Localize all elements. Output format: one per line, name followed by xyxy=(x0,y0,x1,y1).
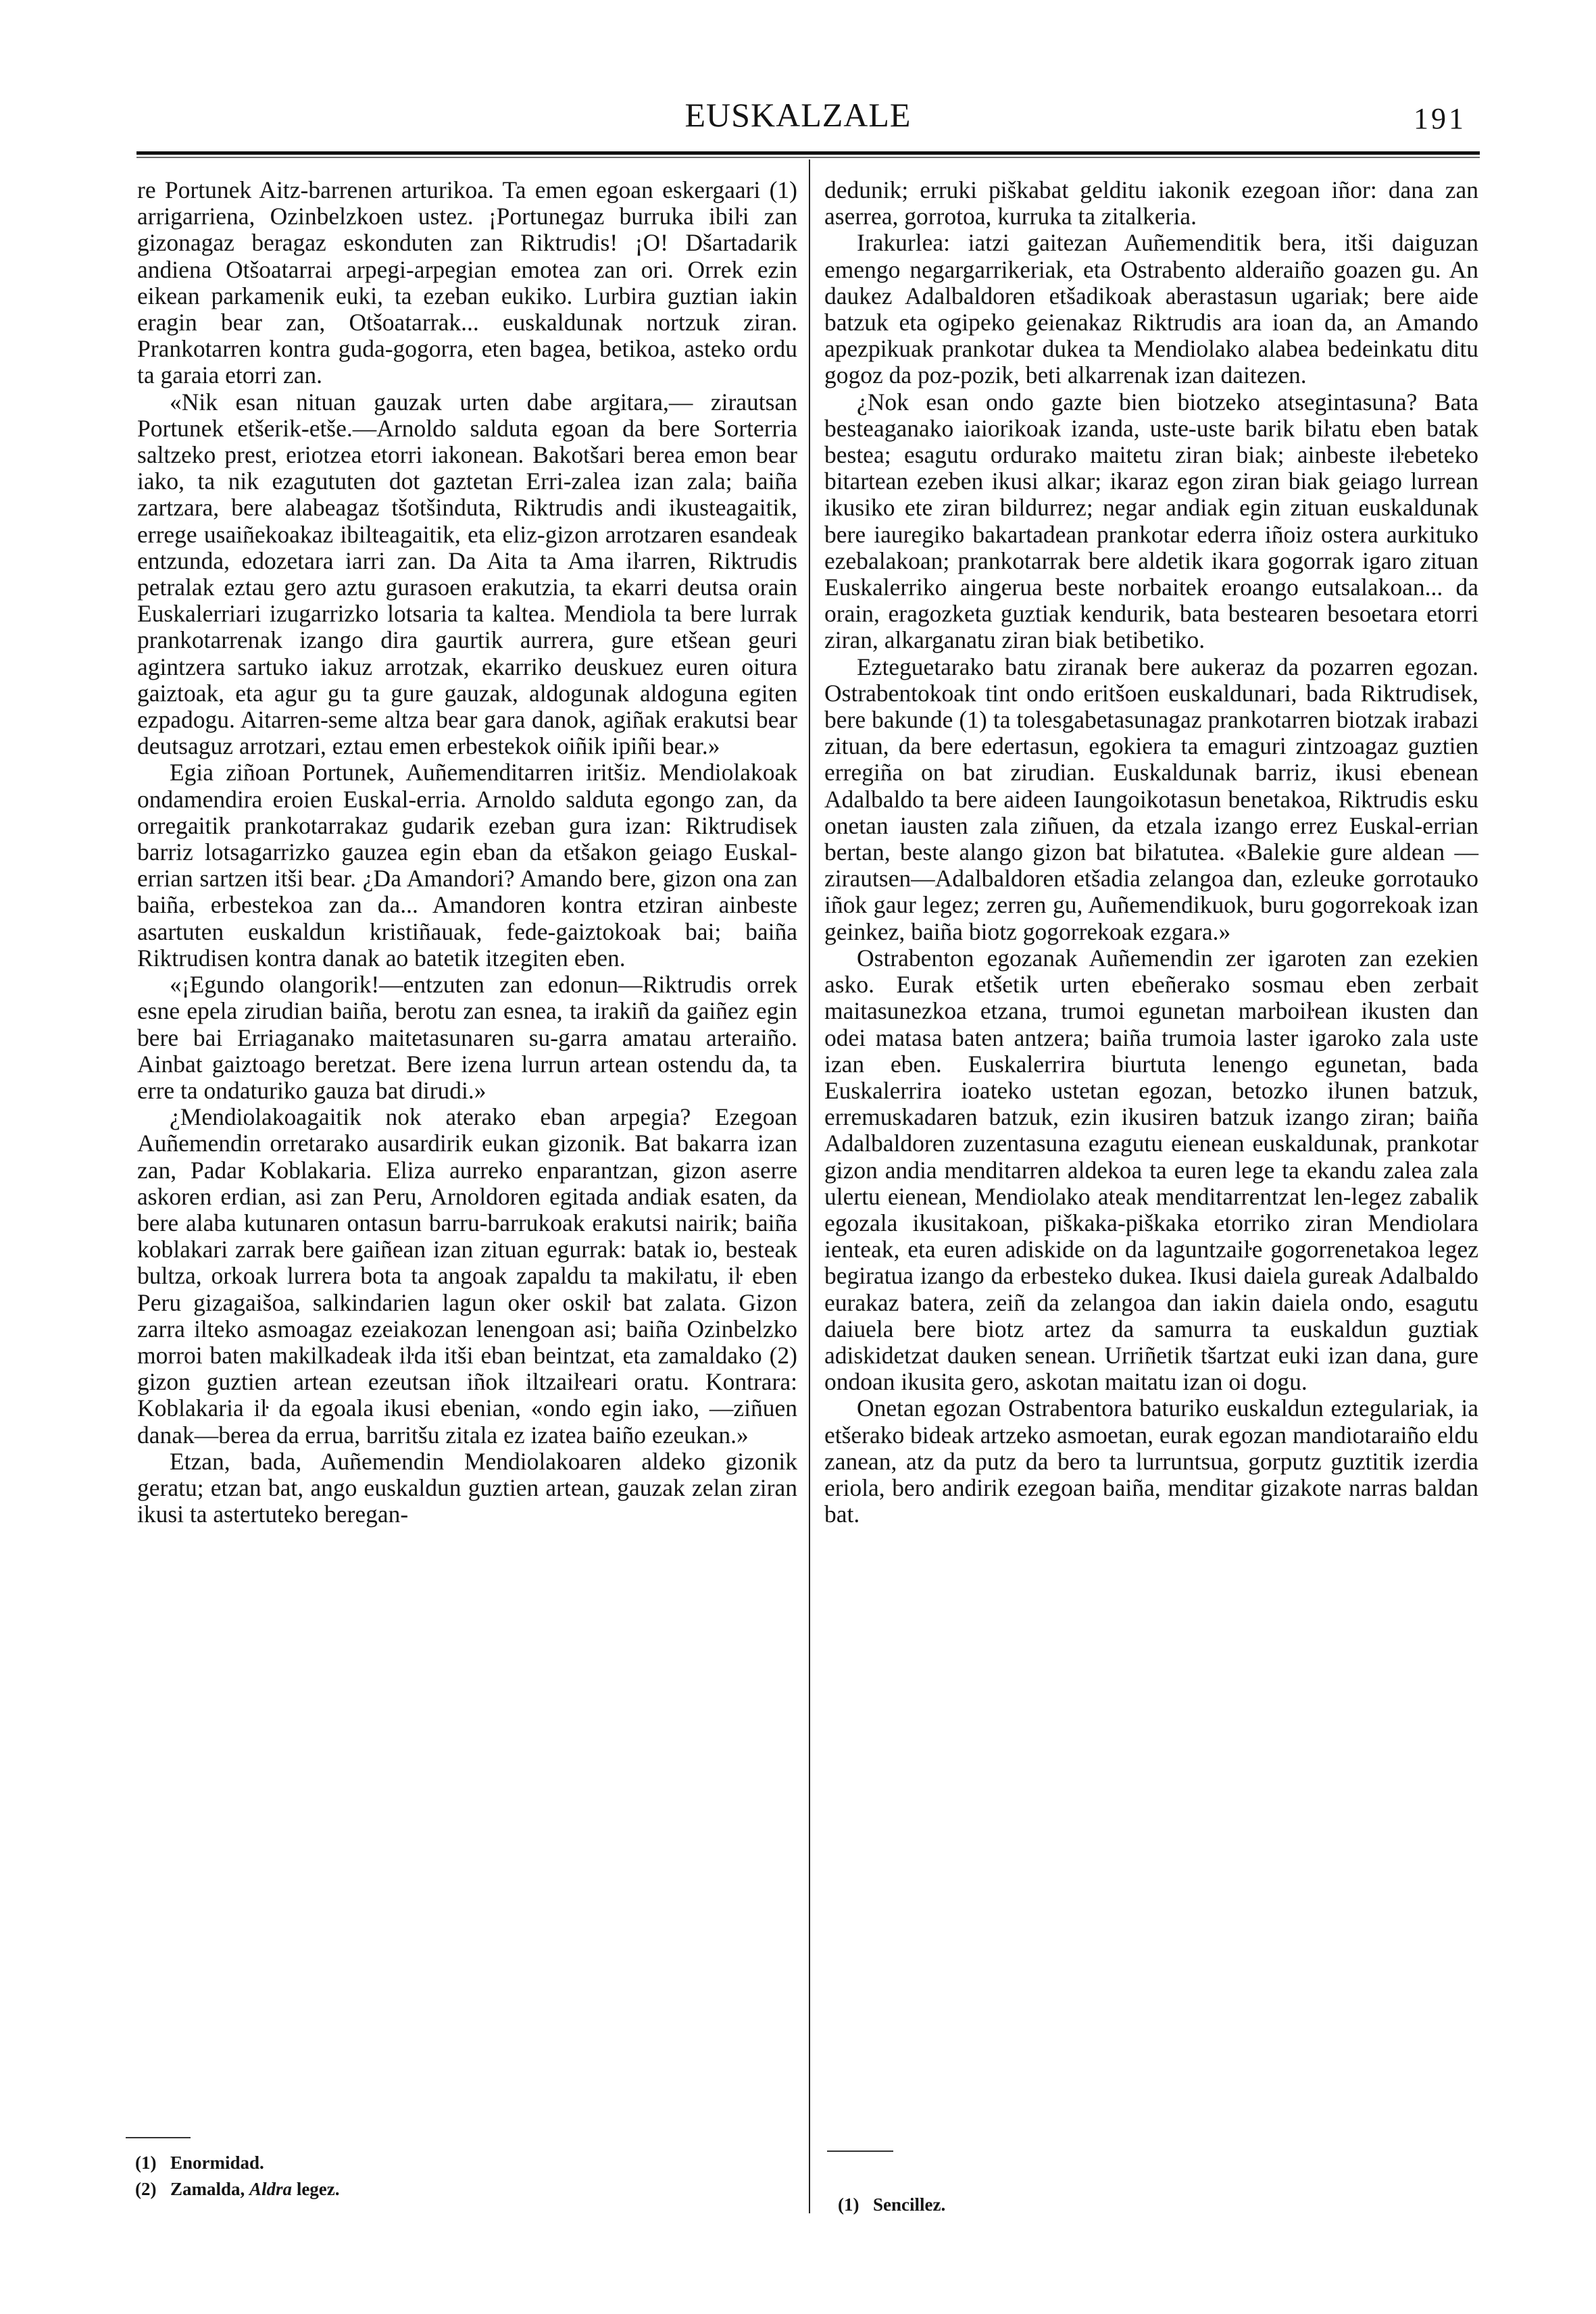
footnote-rule-right xyxy=(827,2150,893,2152)
paragraph: «Nik esan nituan gauzak urten dabe argit… xyxy=(137,389,797,760)
footnote-mark: (1) xyxy=(135,2150,170,2176)
page-number: 191 xyxy=(1405,99,1466,139)
footnote-text: Sencillez. xyxy=(873,2194,945,2215)
paragraph: Irakurlea: iatzi gaitezan Auñemenditik b… xyxy=(824,230,1478,388)
footnote-text: Zamalda, xyxy=(170,2179,249,2199)
paragraph: ¿Nok esan ondo gazte bien biotzeko atseg… xyxy=(824,389,1478,654)
paragraph: dedunik; erruki piškabat gelditu iakonik… xyxy=(824,177,1478,230)
paragraph: Ostrabenton egozanak Auñemendin zer igar… xyxy=(824,945,1478,1395)
footnotes-right: (1)Sencillez. xyxy=(838,2192,945,2218)
footnote: (2)Zamalda, Aldra legez. xyxy=(135,2176,340,2203)
paragraph: Ezteguetarako batu ziranak bere aukeraz … xyxy=(824,654,1478,945)
page-title: EUSKALZALE xyxy=(0,95,1596,135)
paragraph: Egia ziñoan Portunek, Auñemenditarren ir… xyxy=(137,759,797,972)
header-rule-thin xyxy=(136,157,1480,158)
footnote-text: Enormidad. xyxy=(170,2153,264,2173)
column-divider xyxy=(809,159,810,2213)
footnote-mark: (1) xyxy=(838,2192,873,2218)
paragraph: re Portunek Aitz-barrenen arturikoa. Ta … xyxy=(137,177,797,389)
footnote-italic-term: Aldra xyxy=(249,2179,292,2199)
footnote-mark: (2) xyxy=(135,2176,170,2203)
paragraph: ¿Mendiolakoagaitik nok aterako eban arpe… xyxy=(137,1104,797,1449)
footnote: (1)Enormidad. xyxy=(135,2150,340,2176)
paragraph: Onetan egozan Ostrabentora baturiko eusk… xyxy=(824,1395,1478,1528)
footnote-rule-left xyxy=(126,2137,191,2138)
paragraph: «¡Egundo olangorik!—entzuten zan edonun—… xyxy=(137,972,797,1104)
footnote: (1)Sencillez. xyxy=(838,2192,945,2218)
paragraph: Etzan, bada, Auñemendin Mendiolakoaren a… xyxy=(137,1449,797,1528)
footnote-text-suffix: legez. xyxy=(292,2179,339,2199)
footnotes-left: (1)Enormidad. (2)Zamalda, Aldra legez. xyxy=(135,2150,340,2203)
left-column: re Portunek Aitz-barrenen arturikoa. Ta … xyxy=(137,177,797,1528)
right-column: dedunik; erruki piškabat gelditu iakonik… xyxy=(824,177,1478,1528)
header-rule xyxy=(136,151,1480,155)
